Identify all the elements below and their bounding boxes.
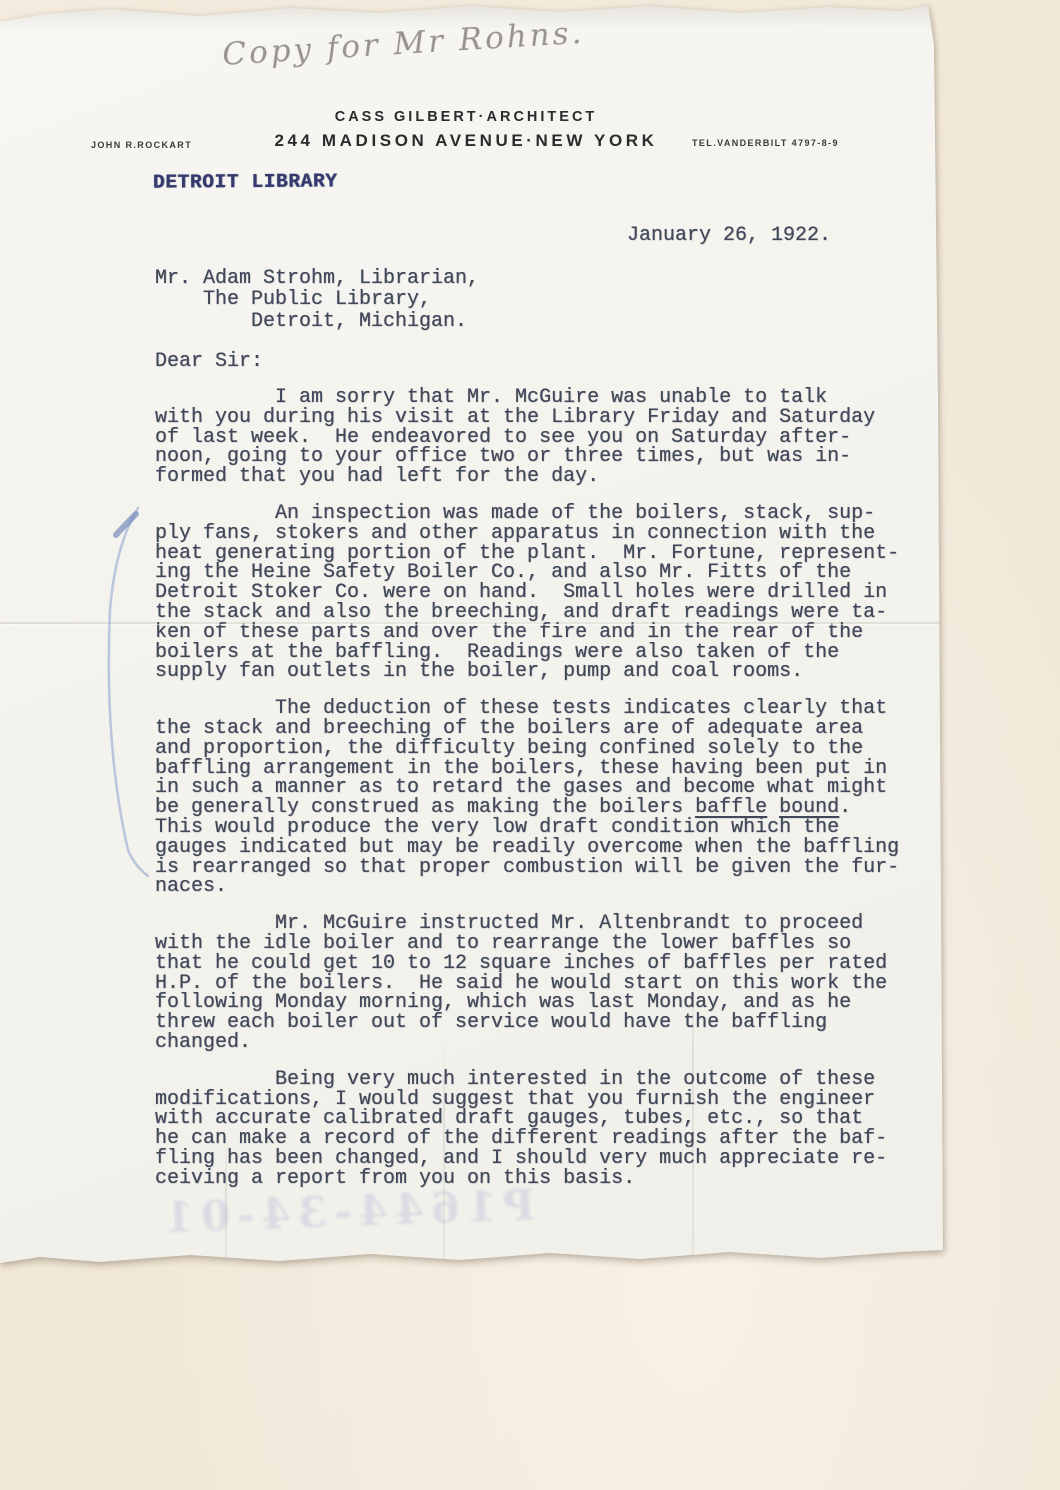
scanned-letter-page: { "annotation": { "handwriting": "Copy f…	[0, 0, 1060, 1490]
paragraph: An inspection was made of the boilers, s…	[155, 504, 945, 682]
recipient-address-block: Mr. Adam Strohm, Librarian, The Public L…	[155, 268, 479, 332]
scan-backing: Copy for Mr Rohns. CASS GILBERT·ARCHITEC…	[0, 0, 1060, 1490]
detroit-library-stamp: DETROIT LIBRARY	[153, 170, 338, 193]
letter-body: I am sorry that Mr. McGuire was unable t…	[155, 388, 945, 1205]
typed-line: and proportion, the difficulty being con…	[155, 739, 945, 759]
typed-line: I am sorry that Mr. McGuire was unable t…	[155, 388, 945, 408]
recipient-line: The Public Library,	[155, 289, 479, 310]
letterhead-associate-name: JOHN R.ROCKART	[91, 140, 192, 150]
recipient-line: Detroit, Michigan.	[155, 311, 479, 332]
handwritten-copy-note: Copy for Mr Rohns.	[221, 11, 642, 73]
typed-line: be generally construed as making the boi…	[155, 798, 945, 818]
typed-line: with you during his visit at the Library…	[155, 408, 945, 428]
typed-line: changed.	[155, 1033, 945, 1053]
typed-line: the stack and also the breeching, and dr…	[155, 603, 945, 623]
typed-line: Detroit Stoker Co. were on hand. Small h…	[155, 583, 945, 603]
typed-line: threw each boiler out of service would h…	[155, 1013, 945, 1033]
typed-line: ken of these parts and over the fire and…	[155, 623, 945, 643]
paragraph: Mr. McGuire instructed Mr. Altenbrandt t…	[155, 914, 945, 1053]
typed-line: ceiving a report from you on this basis.	[155, 1169, 945, 1189]
letterhead-name: CASS GILBERT·ARCHITECT	[0, 109, 932, 125]
typed-line: Being very much interested in the outcom…	[155, 1070, 945, 1090]
letterhead-telephone: TEL.VANDERBILT 4797-8-9	[692, 138, 839, 148]
typed-line: that he could get 10 to 12 square inches…	[155, 954, 945, 974]
paragraph: Being very much interested in the outcom…	[155, 1070, 945, 1189]
typed-line: formed that you had left for the day.	[155, 467, 945, 487]
typed-line: with the idle boiler and to rearrange th…	[155, 934, 945, 954]
typed-line: the stack and breeching of the boilers a…	[155, 719, 945, 739]
typed-line: fling has been changed, and I should ver…	[155, 1149, 945, 1169]
typed-line: is rearranged so that proper combustion …	[155, 858, 945, 878]
vertical-crease	[443, 1040, 445, 1268]
salutation: Dear Sir:	[155, 350, 263, 373]
typed-line: The deduction of these tests indicates c…	[155, 699, 945, 719]
date-line: January 26, 1922.	[627, 224, 831, 247]
typed-line: This would produce the very low draft co…	[155, 818, 945, 838]
paragraph: The deduction of these tests indicates c…	[155, 699, 945, 897]
typed-line: gauges indicated but may be readily over…	[155, 838, 945, 858]
letter-paper: Copy for Mr Rohns. CASS GILBERT·ARCHITEC…	[0, 0, 946, 1272]
typed-line: naces.	[155, 877, 945, 897]
recipient-line: Mr. Adam Strohm, Librarian,	[155, 268, 479, 289]
margin-pencil-mark-icon	[90, 490, 180, 890]
typed-line: ply fans, stokers and other apparatus in…	[155, 524, 945, 544]
typed-line: Mr. McGuire instructed Mr. Altenbrandt t…	[155, 914, 945, 934]
typed-line: supply fan outlets in the boiler, pump a…	[155, 662, 945, 682]
typed-line: An inspection was made of the boilers, s…	[155, 504, 945, 524]
typed-line: he can make a record of the different re…	[155, 1129, 945, 1149]
paragraph: I am sorry that Mr. McGuire was unable t…	[155, 388, 945, 487]
vertical-crease	[692, 960, 694, 1268]
